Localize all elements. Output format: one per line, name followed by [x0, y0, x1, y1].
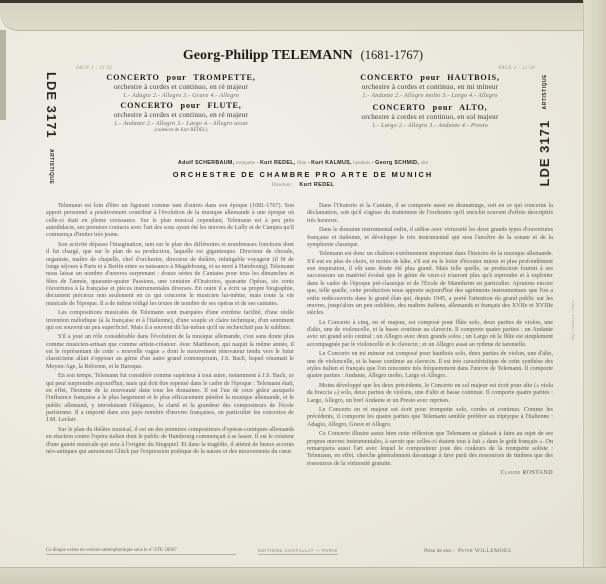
concerto-alto: CONCERTO pour ALTO, orchestre à cordes e…: [325, 103, 535, 129]
soloist-instrument: flûte: [297, 161, 306, 166]
author-name: Claude ROSTAND: [500, 470, 553, 476]
recording-engineer: Peter WILLEMOES: [458, 548, 511, 554]
soloist-name: Kurt REDEL,: [260, 160, 296, 166]
concerto-title: CONCERTO pour HAUTBOIS,: [325, 73, 535, 82]
liner-note-paragraph: Le Concerto en mi mineur est composé pou…: [307, 351, 553, 380]
concerto-word: CONCERTO: [360, 73, 413, 82]
concerto-hautbois: CONCERTO pour HAUTBOIS, orchestre à cord…: [325, 73, 535, 99]
conductor-name: Kurt REDEL: [299, 182, 334, 188]
instrument-name: FLUTE,: [207, 101, 241, 110]
recording-credit: Prise de son :Peter WILLEMOES: [424, 548, 511, 554]
label-name: ARTISTIQUE: [542, 74, 548, 109]
liner-note-paragraph: Moins développé que les deux précédents,…: [307, 383, 553, 405]
liner-note-paragraph: Le Concerto à cinq, en ré majeur, est co…: [307, 320, 553, 349]
concerto-word: CONCERTO: [106, 73, 159, 82]
concerto-word: CONCERTO: [373, 103, 426, 112]
album-title: Georg-Philipp TELEMANN(1681-1767): [0, 48, 606, 64]
liner-notes-right-column: Dans l'Oratorio et la Cantate, il se com…: [307, 203, 553, 478]
conductor-line: Direction :Kurt REDEL: [0, 182, 606, 188]
soloist-instrument: hautbois: [353, 161, 370, 166]
soloist-name: Kurt KALMUS,: [311, 160, 352, 166]
side-1-tracklist: FACE 1 : 21'32 CONCERTO pour TROMPETTE, …: [76, 66, 286, 133]
record-sleeve-back: Georg-Philipp TELEMANN(1681-1767) LDE 31…: [0, 0, 606, 584]
liner-note-paragraph: En son temps, Telemann fut considéré com…: [46, 373, 294, 424]
liner-note-paragraph: Telemann est loin d'être un figurant com…: [46, 203, 294, 240]
pour-word: pour: [167, 73, 187, 82]
liner-note-paragraph: Le Concerto en ré majeur est écrit pour …: [307, 407, 553, 429]
sleeve-top-flap: [0, 0, 606, 31]
liner-note-paragraph: Ce Concerto illustre assez bien cette ré…: [307, 431, 553, 468]
sleeve-bottom-edge: [0, 567, 606, 584]
liner-note-paragraph: Les compositions musicales de Telemann s…: [46, 310, 294, 332]
liner-note-paragraph: Dans le domaine instrumental enfin, il u…: [307, 227, 553, 249]
orchestra-name: ORCHESTRE DE CHAMBRE PRO ARTE DE MUNICH: [0, 170, 606, 179]
direction-label: Direction :: [272, 183, 294, 188]
side-2-tracklist: FACE 2 : 21'58 CONCERTO pour HAUTBOIS, o…: [325, 66, 535, 129]
composer-dates: (1681-1767): [361, 48, 424, 62]
soloists-line: Adolf SCHERBAUM, trompette - Kurt REDEL,…: [0, 160, 606, 166]
publisher-credit: EDITIONS COSTALLAT — PARIS: [258, 548, 338, 555]
instrument-name: ALTO,: [459, 103, 487, 112]
face-label: FACE 2 : 21'58: [325, 66, 535, 71]
liner-note-paragraph: Telemann est donc un chaînon extrêmement…: [307, 251, 553, 317]
concerto-movements: 1.- Adagio 2.- Allegro 3.- Grave 4.- All…: [76, 92, 286, 99]
concerto-subtitle: orchestre à cordes et continuo, en ré ma…: [76, 83, 286, 91]
catalog-number: LDE 3171: [44, 72, 59, 139]
liner-note-paragraph: Son activité dépasse l'imagination, tant…: [46, 242, 294, 308]
sleeve-right-edge: [583, 0, 606, 584]
sleeve-shadow: [0, 0, 606, 3]
soloist-name: Georg SCHMID,: [375, 160, 419, 166]
performer-credits: Adolf SCHERBAUM, trompette - Kurt REDEL,…: [0, 160, 606, 188]
concerto-movements: 1.- Andante 2.- Allegro 3.- Largo 4.- Al…: [76, 120, 286, 127]
liner-note-paragraph: S'il a joué un rôle considérable dans l'…: [46, 334, 294, 371]
soloist-instrument: trompette: [236, 161, 255, 166]
concerto-title: CONCERTO pour FLUTE,: [76, 101, 286, 110]
pour-word: pour: [433, 103, 453, 112]
soloist-name: Adolf SCHERBAUM,: [178, 160, 235, 166]
concerto-movements: 1.- Largo 2.- Allegro 3.- Andante 4.- Pr…: [325, 122, 535, 129]
sleeve-left-edge: [0, 30, 6, 120]
concerto-word: CONCERTO: [120, 101, 173, 110]
concerto-flute: CONCERTO pour FLUTE, orchestre à cordes …: [76, 101, 286, 133]
recording-label: Prise de son :: [424, 548, 454, 554]
soloist-instrument: alto: [421, 161, 429, 166]
instrument-name: TROMPETTE,: [193, 73, 255, 82]
concerto-title: CONCERTO pour TROMPETTE,: [76, 73, 286, 82]
concerto-subtitle: orchestre à cordes et continuo, en mi mi…: [325, 83, 535, 91]
liner-notes-left-column: Telemann est loin d'être un figurant com…: [46, 203, 294, 458]
notes-author: Claude ROSTAND: [307, 470, 553, 477]
cadences-note: (cadences de Kurt REDEL): [76, 128, 286, 133]
concerto-title: CONCERTO pour ALTO,: [325, 103, 535, 112]
pour-word: pour: [181, 101, 201, 110]
liner-note-paragraph: Sur le plan du théâtre musical, il est u…: [46, 427, 294, 456]
pour-word: pour: [420, 73, 440, 82]
concerto-subtitle: orchestre à cordes et continuo, en sol m…: [325, 113, 535, 121]
concerto-movements: 1.- Andante 2.- Allegro molto 3.- Largo …: [325, 92, 535, 99]
liner-note-paragraph: Dans l'Oratorio et la Cantate, il se com…: [307, 203, 553, 225]
instrument-name: HAUTBOIS,: [447, 73, 499, 82]
stereo-version-note: Ce disque existe en version stéréophoniq…: [46, 548, 236, 555]
concerto-subtitle: orchestre à cordes et continuo, en ré ma…: [76, 111, 286, 119]
printer-credit: Imp. Comtesse - Paris: [571, 300, 575, 340]
composer-name: Georg-Philipp TELEMANN: [183, 48, 353, 63]
concerto-trompette: CONCERTO pour TROMPETTE, orchestre à cor…: [76, 73, 286, 99]
face-label: FACE 1 : 21'32: [76, 66, 286, 71]
